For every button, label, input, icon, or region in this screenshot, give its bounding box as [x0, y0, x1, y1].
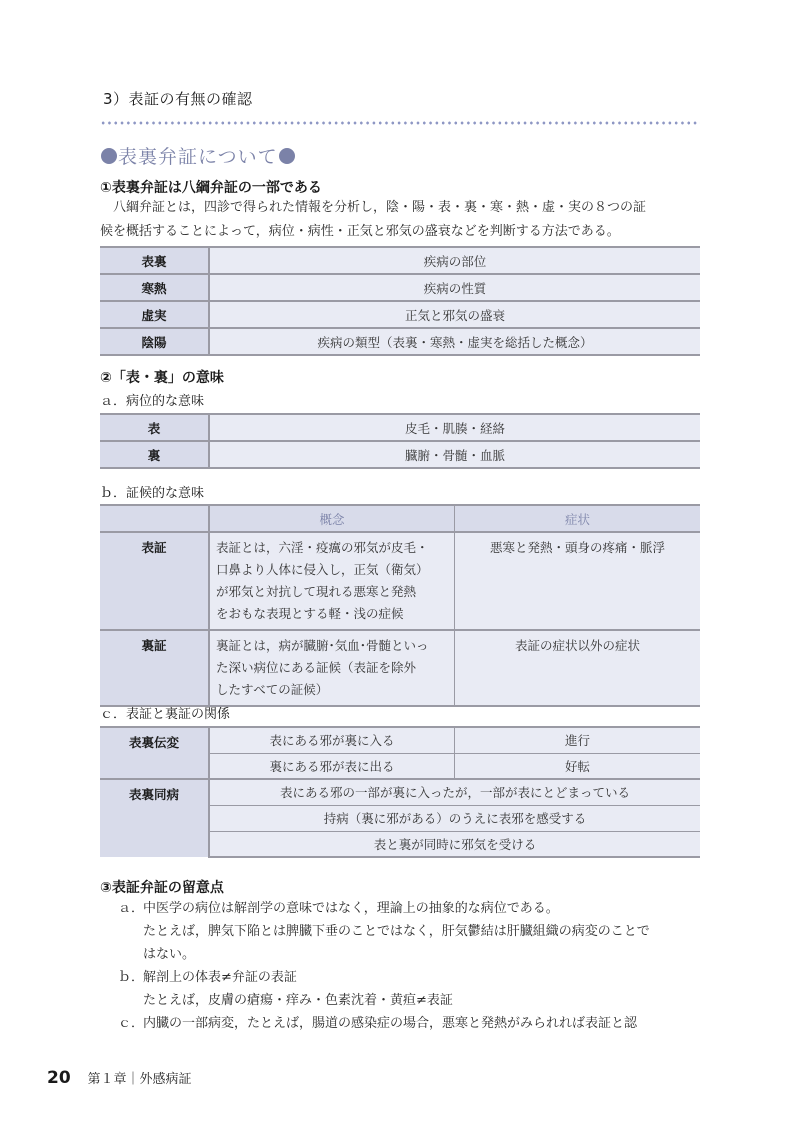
document-page: 3）表証の有無の確認 表裏弁証について ①表裏弁証は八綱弁証の一部である 八綱弁… [0, 0, 800, 1129]
list-item: ｃ． 内臓の一部病変，たとえば，腸道の感染症の場合，悪寒と発熱がみられれば表証と… [118, 1012, 718, 1035]
page-footer: 20 第１章｜外感病証 [47, 1068, 191, 1088]
part1-heading: ①表裏弁証は八綱弁証の一部である [100, 177, 322, 197]
row-value: 臓腑・骨髄・血脈 [209, 441, 700, 468]
list-item: ａ． 中医学の病位は解剖学の意味ではなく，理論上の抽象的な病位である。 たとえば… [118, 897, 718, 966]
relation-result: 好転 [455, 753, 701, 779]
list-line: 中医学の病位は解剖学の意味ではなく，理論上の抽象的な病位である。 [143, 897, 650, 920]
row-label: 表証 [100, 532, 209, 630]
row-label: 陰陽 [100, 328, 209, 355]
relation-desc: 持病（裏に邪がある）のうえに表邪を感受する [209, 805, 700, 831]
row-value: 正気と邪気の盛衰 [209, 301, 700, 328]
concept-cell: 裏証とは，病が臓腑･気血･骨髄といっ た深い病位にある証候（表証を除外 したすべ… [209, 630, 455, 706]
paragraph-line: 八綱弁証とは，四診で得られた情報を分析し，陰・陽・表・裏・寒・熱・虚・実の８つの… [100, 196, 710, 220]
table-row: 虚実 正気と邪気の盛衰 [100, 301, 700, 328]
row-value: 疾病の性質 [209, 274, 700, 301]
part2-heading: ②「表・裏」の意味 [100, 367, 224, 387]
row-label: 寒熱 [100, 274, 209, 301]
table-row: 裏証 裏証とは，病が臓腑･気血･骨髄といっ た深い病位にある証候（表証を除外 し… [100, 630, 700, 706]
relation-desc: 表と裏が同時に邪気を受ける [209, 831, 700, 857]
table-row: 表裏 疾病の部位 [100, 247, 700, 274]
concept-line: をおもな表現とする軽・浅の症候 [216, 603, 448, 625]
row-label: 表裏 [100, 247, 209, 274]
caution-list: ａ． 中医学の病位は解剖学の意味ではなく，理論上の抽象的な病位である。 たとえば… [118, 897, 718, 1035]
table-header-row: 概念 症状 [100, 505, 700, 532]
syndrome-meaning-table: 概念 症状 表証 表証とは，六淫・疫癘の邪気が皮毛・ 口鼻より人体に侵入し，正気… [100, 504, 700, 707]
table-row: 表 皮毛・肌腠・経絡 [100, 414, 700, 441]
row-label: 虚実 [100, 301, 209, 328]
bullet-dot-icon [279, 148, 295, 164]
list-line: 解剖上の体表≠弁証の表証 [143, 966, 453, 989]
list-marker: ｂ． [118, 966, 143, 1012]
bullet-dot-icon [101, 148, 117, 164]
topic-title: 表裏弁証について [100, 142, 296, 169]
location-meaning-table: 表 皮毛・肌腠・経絡 裏 臓腑・骨髄・血脈 [100, 413, 700, 469]
header-concept: 概念 [209, 505, 455, 532]
part2b-label: ｂ．証候的な意味 [100, 482, 204, 501]
part2c-label: ｃ．表証と裏証の関係 [100, 703, 230, 722]
relation-desc: 表にある邪が裏に入る [209, 727, 455, 753]
concept-line: 口鼻より人体に侵入し，正気（衛気） [216, 559, 448, 581]
header-symptom: 症状 [455, 505, 701, 532]
row-label: 裏証 [100, 630, 209, 706]
part3-heading: ③表証弁証の留意点 [100, 877, 224, 897]
table-row: 陰陽 疾病の類型（表裏・寒熱・虚実を総括した概念） [100, 328, 700, 355]
part1-paragraph: 八綱弁証とは，四診で得られた情報を分析し，陰・陽・表・裏・寒・熱・虚・実の８つの… [100, 196, 710, 244]
list-marker: ａ． [118, 897, 143, 966]
concept-line: 裏証とは，病が臓腑･気血･骨髄といっ [216, 635, 448, 657]
symptom-cell: 悪寒と発熱・頭身の疼痛・脈浮 [455, 532, 701, 630]
paragraph-line: 候を概括することによって，病位・病性・正気と邪気の盛衰などを判断する方法である。 [100, 220, 710, 244]
table-row: 寒熱 疾病の性質 [100, 274, 700, 301]
part2a-label: ａ．病位的な意味 [100, 390, 204, 409]
list-line: たとえば，皮膚の瘡瘍・痒み・色素沈着・黄疸≠表証 [143, 989, 453, 1012]
header-empty [100, 505, 209, 532]
relation-desc: 裏にある邪が表に出る [209, 753, 455, 779]
section-heading: 3）表証の有無の確認 [103, 88, 253, 109]
concept-line: 表証とは，六淫・疫癘の邪気が皮毛・ [216, 537, 448, 559]
row-value: 皮毛・肌腠・経絡 [209, 414, 700, 441]
table-row: 裏 臓腑・骨髄・血脈 [100, 441, 700, 468]
row-label: 裏 [100, 441, 209, 468]
table-row: 表裏同病 表にある邪の一部が裏に入ったが，一部が表にとどまっている [100, 779, 700, 805]
relation-result: 進行 [455, 727, 701, 753]
list-item: ｂ． 解剖上の体表≠弁証の表証 たとえば，皮膚の瘡瘍・痒み・色素沈着・黄疸≠表証 [118, 966, 718, 1012]
row-value: 疾病の部位 [209, 247, 700, 274]
dotted-divider [100, 121, 700, 125]
concept-line: したすべての証候） [216, 679, 448, 701]
concept-cell: 表証とは，六淫・疫癘の邪気が皮毛・ 口鼻より人体に侵入し，正気（衛気） が邪気と… [209, 532, 455, 630]
group-label: 表裏伝変 [100, 727, 209, 779]
eight-principles-table: 表裏 疾病の部位 寒熱 疾病の性質 虚実 正気と邪気の盛衰 陰陽 疾病の類型（表… [100, 246, 700, 356]
group-label: 表裏同病 [100, 779, 209, 857]
list-line: はない。 [143, 943, 650, 966]
table-row: 表裏伝変 表にある邪が裏に入る 進行 [100, 727, 700, 753]
list-line: 内臓の一部病変，たとえば，腸道の感染症の場合，悪寒と発熱がみられれば表証と認 [143, 1012, 637, 1035]
concept-line: た深い病位にある証候（表証を除外 [216, 657, 448, 679]
list-marker: ｃ． [118, 1012, 143, 1035]
symptom-cell: 表証の症状以外の症状 [455, 630, 701, 706]
page-number: 20 [47, 1068, 71, 1088]
relationship-table: 表裏伝変 表にある邪が裏に入る 進行 裏にある邪が表に出る 好転 表裏同病 表に… [100, 726, 700, 858]
relation-desc: 表にある邪の一部が裏に入ったが，一部が表にとどまっている [209, 779, 700, 805]
table-row: 表証 表証とは，六淫・疫癘の邪気が皮毛・ 口鼻より人体に侵入し，正気（衛気） が… [100, 532, 700, 630]
row-label: 表 [100, 414, 209, 441]
row-value: 疾病の類型（表裏・寒熱・虚実を総括した概念） [209, 328, 700, 355]
chapter-label: 第１章｜外感病証 [87, 1072, 191, 1087]
concept-line: が邪気と対抗して現れる悪寒と発熱 [216, 581, 448, 603]
topic-title-text: 表裏弁証について [118, 146, 278, 168]
list-line: たとえば，脾気下陥とは脾臓下垂のことではなく，肝気鬱結は肝臓組織の病変のことで [143, 920, 650, 943]
